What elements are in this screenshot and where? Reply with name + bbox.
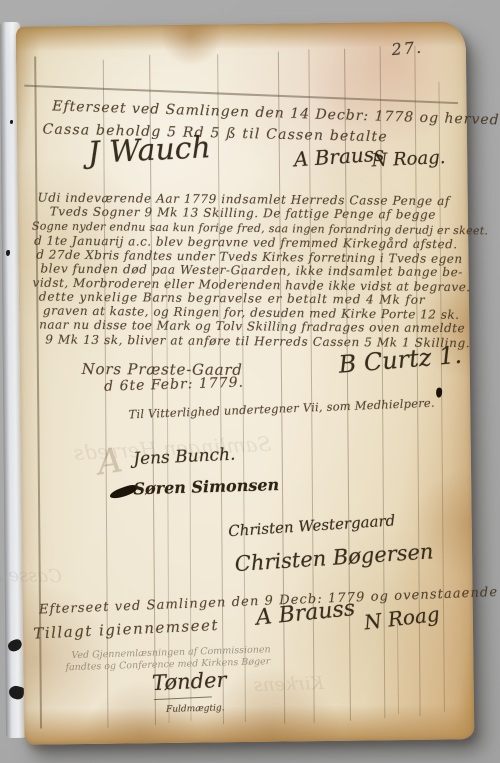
manuscript-page: 27. Efterseet ved Samlingen den 14 Decbr…	[16, 21, 475, 744]
signature-underline	[154, 696, 212, 700]
ruled-line-vertical	[397, 622, 399, 714]
signature-bogersen: Christen Bøgersen	[234, 539, 434, 576]
audit-1779-line-2: Tillagt igiennemseet	[33, 616, 219, 643]
entry-line: Tveds Sogner 9 Mk 13 Skilling. De fattig…	[50, 204, 436, 221]
signature-tonder: Tønder	[152, 668, 228, 695]
clerk-title: Fuldmægtig.	[166, 703, 225, 715]
bleed-through-text: Kirkens	[253, 673, 324, 696]
signature-simonsen: Søren Simonsen	[133, 475, 279, 498]
signature-roag-bottom: N Roag	[363, 602, 441, 635]
document-scan: 27. Efterseet ved Samlingen den 14 Decbr…	[0, 0, 500, 763]
signature-wauch: J Wauch	[87, 130, 212, 171]
signature-roag-top: N Roag.	[371, 147, 446, 171]
bleed-through-text: Casse Penge betalte	[0, 562, 62, 587]
page-number: 27.	[391, 38, 424, 60]
bleed-through-text: Samlingen Herreds	[73, 432, 271, 465]
date-line: d 6te Febr: 1779.	[104, 375, 244, 395]
